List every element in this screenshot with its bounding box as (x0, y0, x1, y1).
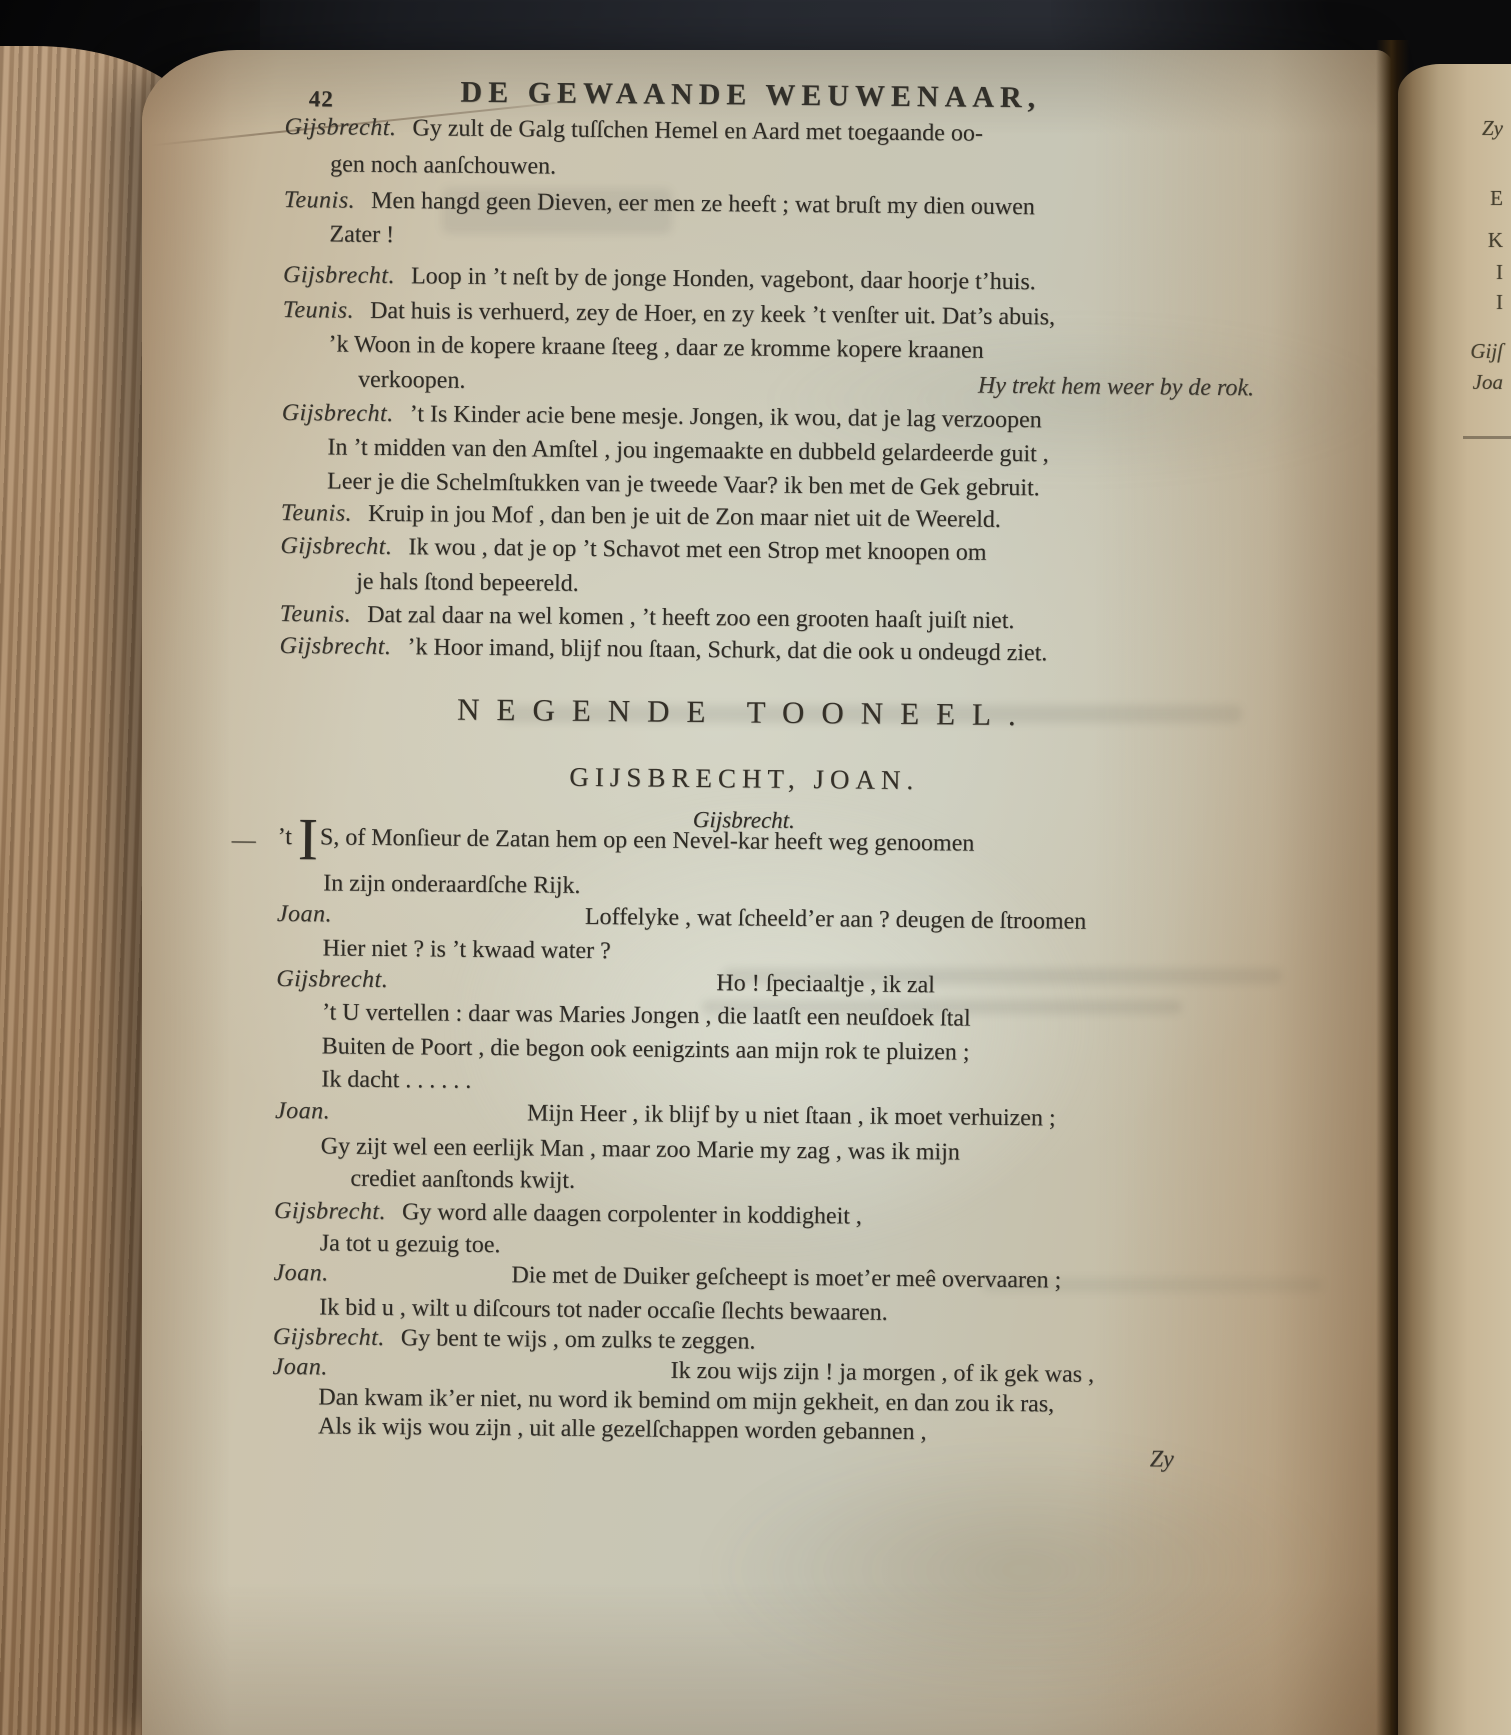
line-text: Loffelyke , wat ſcheeld’er aan ? deugen … (585, 902, 1087, 938)
next-page-rule (1463, 436, 1511, 439)
line-text: Als ik wijs wou zijn , uit alle gezelſch… (318, 1413, 927, 1445)
dialogue-line: ’k Woon in de kopere kraane ſteeg , daar… (282, 329, 1260, 369)
line-text: Men hangd geen Dieven, eer men ze heeft … (371, 188, 1035, 220)
line-text: Leer je die Schelmſtukken van je tweede … (327, 468, 1040, 501)
line-text: Buiten de Poort , die begon ook eenigzin… (322, 1033, 970, 1065)
line-text: crediet aanſtonds kwijt. (350, 1166, 575, 1194)
line-text: Loop in ’t neſt by de jonge Honden, vage… (411, 263, 1036, 295)
line-text: Ik wou , dat je op ’t Schavot met een St… (408, 534, 986, 566)
line-text: Ho ! ſpeciaaltje , ik zal (716, 968, 935, 1001)
line-text: Dat huis is verhuerd, zey de Hoer, en zy… (370, 298, 1055, 331)
line-text: Gy zijt wel een eerlijk Man , maar zoo M… (321, 1133, 960, 1165)
speaker-name: Teunis. (280, 601, 352, 628)
drop-cap: I (298, 806, 321, 872)
speaker-name: Joan. (273, 1260, 328, 1287)
line-text: Zater ! (329, 221, 394, 248)
next-page-edge: ZyEKIIGijſJoa (1398, 64, 1511, 1735)
dialogue-line: In ’t midden van den Amſtel , jou ingema… (281, 432, 1259, 472)
line-text: Kruip in jou Mof , dan ben je uit de Zon… (368, 501, 1001, 533)
speaker-name: Gijsbrecht. (284, 114, 396, 141)
line-text: Mijn Heer , ik blijf by u niet ſtaan , i… (527, 1098, 1056, 1134)
line-text: ’k Hoor imand, blijf nou ſtaan, Schurk, … (407, 634, 1047, 666)
next-page-text-fragment: Zy (1482, 116, 1503, 141)
line-text: Gy zult de Galg tuſſchen Hemel en Aard m… (412, 115, 983, 146)
line-text: Dat zal daar na wel komen , ’t heeft zoo… (367, 602, 1015, 634)
line-text: Gy bent te wijs , om zulks te zeggen. (401, 1325, 756, 1354)
speaker-name: Gijsbrecht. (274, 1198, 386, 1225)
stage-direction: Hy trekt hem weer by de rok. (978, 371, 1254, 405)
line-text: Ik bid u , wilt u diſcours tot nader occ… (319, 1294, 888, 1325)
dialogue-line: Teunis.Dat huis is verhuerd, zey de Hoer… (283, 295, 1215, 335)
speaker-name: Joan. (275, 1098, 330, 1125)
speaker-name: Joan. (272, 1354, 327, 1381)
margin-mark: — (232, 828, 256, 855)
line-text: gen noch aanſchouwen. (330, 151, 556, 179)
line-text: je hals ſtond bepeereld. (356, 569, 579, 597)
next-page-text-fragment: I (1496, 260, 1503, 285)
dialogue-line: Teunis.Men hangd geen Dieven, eer men ze… (284, 185, 1216, 225)
speaker-name: Teunis. (281, 500, 353, 527)
next-page-text-fragment: Gijſ (1470, 339, 1503, 364)
dialogue-line: ’t U vertellen : daar was Maries Jongen … (276, 997, 1254, 1037)
scene-characters: GIJSBRECHT, JOAN. (278, 759, 1210, 799)
line-text: Ik dacht . . . . . . (321, 1066, 471, 1093)
speaker-name: Joan. (277, 901, 332, 928)
next-page-text-fragment: E (1490, 186, 1503, 211)
opening-prefix: ’t (278, 824, 298, 850)
next-page-text-fragment: K (1488, 228, 1503, 253)
speaker-name: Teunis. (283, 297, 355, 324)
line-text: verkoopen. (358, 367, 466, 394)
line-text: Die met de Duiker geſcheept is moet’er m… (511, 1260, 1061, 1296)
dialogue-line: Gijsbrecht.Ik wou , dat je op ’t Schavot… (280, 531, 1212, 571)
line-text: In zijn onderaardſche Rijk. (323, 870, 580, 898)
dialogue-line: gen noch aanſchouwen. (284, 149, 1262, 189)
dialogue-line: Zater ! (283, 219, 1261, 259)
line-text: ’k Woon in de kopere kraane ſteeg , daar… (328, 331, 984, 363)
dialogue-line: Gijsbrecht.’t Is Kinder acie bene mesje.… (282, 398, 1214, 438)
speaker-name: Gijsbrecht. (283, 262, 395, 289)
next-page-text-fragment: Joa (1473, 370, 1503, 395)
line-text: In ’t midden van den Amſtel , jou ingema… (327, 434, 1049, 467)
dialogue-line: Gijsbrecht.Loop in ’t neſt by de jonge H… (283, 260, 1215, 300)
catchword: Zy (1150, 1446, 1174, 1473)
line-text: ’t U vertellen : daar was Maries Jongen … (322, 999, 971, 1031)
scene-heading: NEGENDE TOONEEL. (279, 690, 1211, 735)
speaker-name: Teunis. (284, 187, 356, 214)
line-text: ’t Is Kinder acie bene mesje. Jongen, ik… (410, 401, 1042, 433)
opening-text: S, of Monſieur de Zatan hem op een Nevel… (320, 824, 975, 856)
line-text: Gy word alle daagen corpolenter in koddi… (402, 1199, 862, 1229)
speaker-name: Gijsbrecht. (282, 400, 394, 427)
speaker-name: Gijsbrecht. (276, 966, 388, 993)
speaker-name: Gijsbrecht. (273, 1324, 385, 1351)
speaker-name: Gijsbrecht. (280, 533, 392, 560)
line-text: Ja tot u gezuig toe. (320, 1230, 501, 1258)
next-page-text-fragment: I (1496, 290, 1503, 315)
book-photo: 42 DE GEWAANDE WEUWENAAR, Gijsbrecht.Gy … (0, 0, 1511, 1735)
speaker-name: Gijsbrecht. (279, 633, 391, 660)
line-text: Hier niet ? is ’t kwaad water ? (323, 935, 611, 964)
page-text: 42 DE GEWAANDE WEUWENAAR, Gijsbrecht.Gy … (270, 76, 1217, 1605)
dialogue-line: Gijsbrecht.Gy zult de Galg tuſſchen Heme… (284, 112, 1216, 152)
